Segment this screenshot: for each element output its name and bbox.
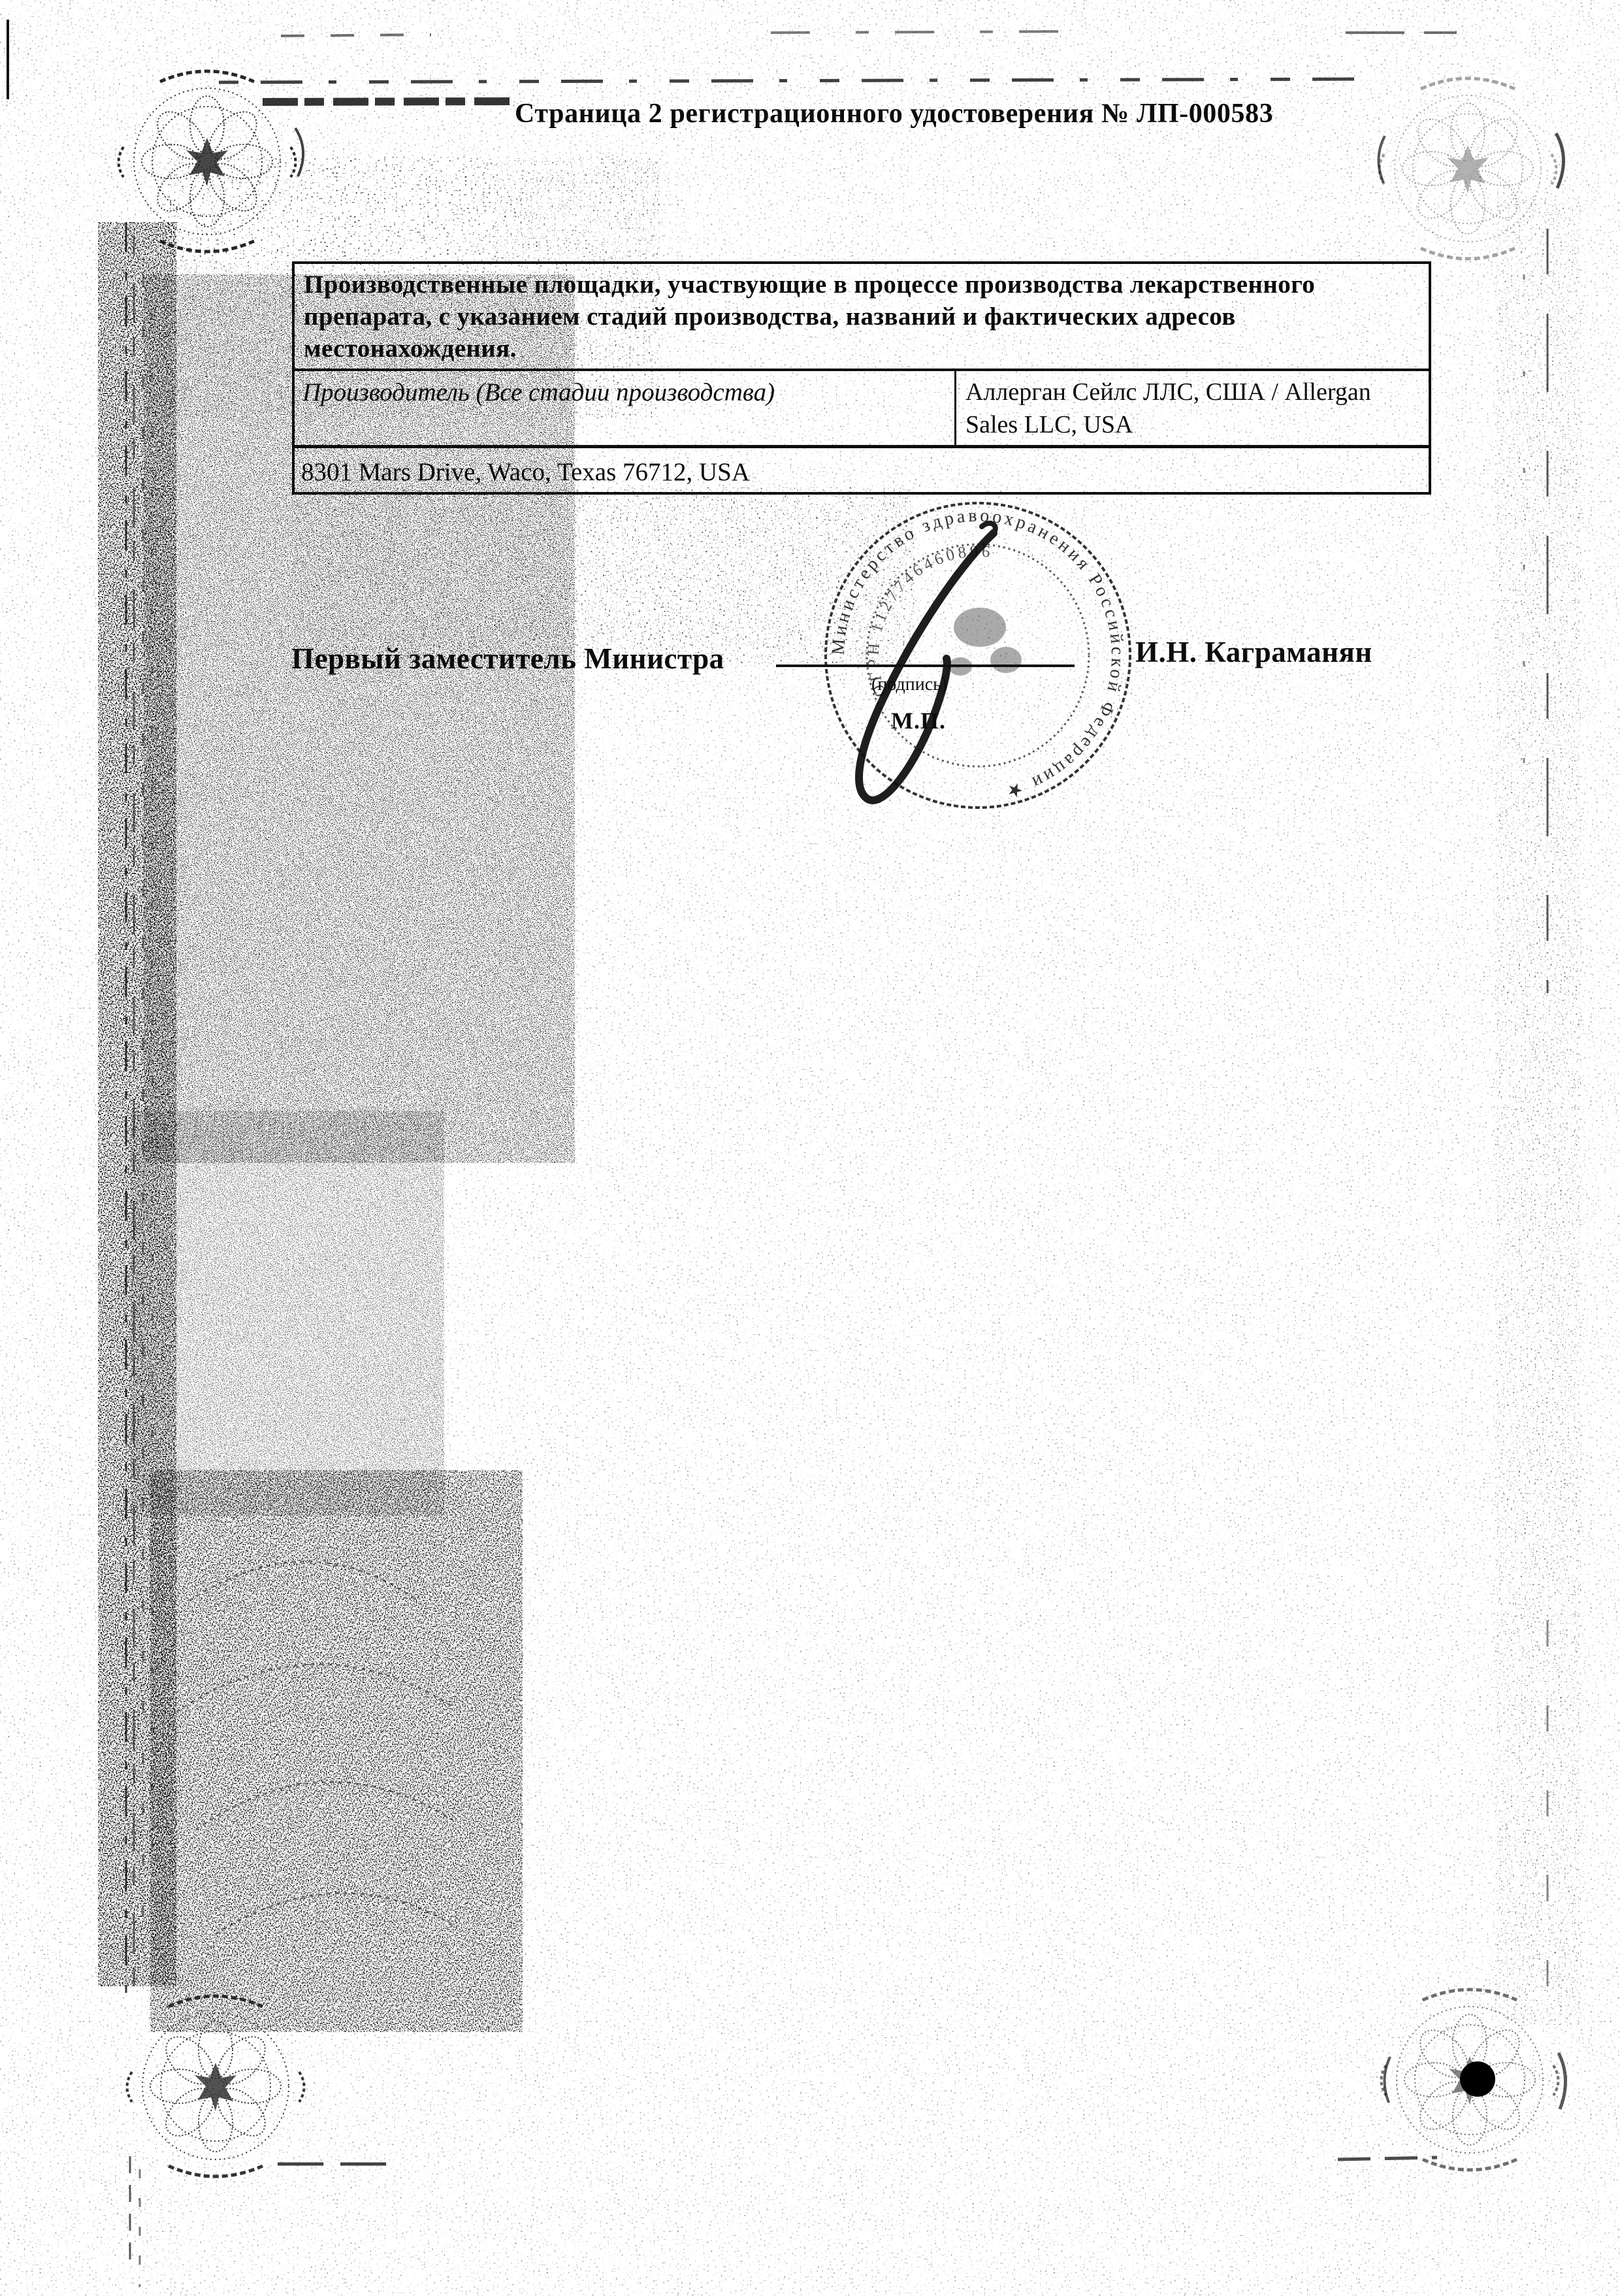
signatory-title: Первый заместитель Министра (291, 642, 724, 676)
production-sites-table: Производственные площадки, участвующие в… (292, 261, 1431, 495)
signature-line (776, 664, 1075, 667)
producer-value-cell: Аллерган Сейлс ЛЛС, США / Allergan Sales… (956, 371, 1429, 445)
scanned-certificate-page: { "page": { "title_line": "Страница 2 ре… (0, 0, 1620, 2296)
page-header: Страница 2 регистрационного удостоверени… (515, 98, 1273, 129)
producer-label-cell: Производитель (Все стадии производства) (295, 371, 956, 445)
signatory-name: И.Н. Каграманян (1135, 635, 1372, 669)
table-header-cell: Производственные площадки, участвующие в… (295, 264, 1429, 371)
table-row: Производитель (Все стадии производства) … (295, 371, 1429, 448)
document-text-layer: Страница 2 регистрационного удостоверени… (0, 0, 1620, 2296)
address-cell: 8301 Mars Drive, Waco, Texas 76712, USA (295, 448, 1429, 492)
seal-place-mark: М.П. (891, 707, 946, 734)
signature-caption: (подпись) (871, 674, 947, 695)
